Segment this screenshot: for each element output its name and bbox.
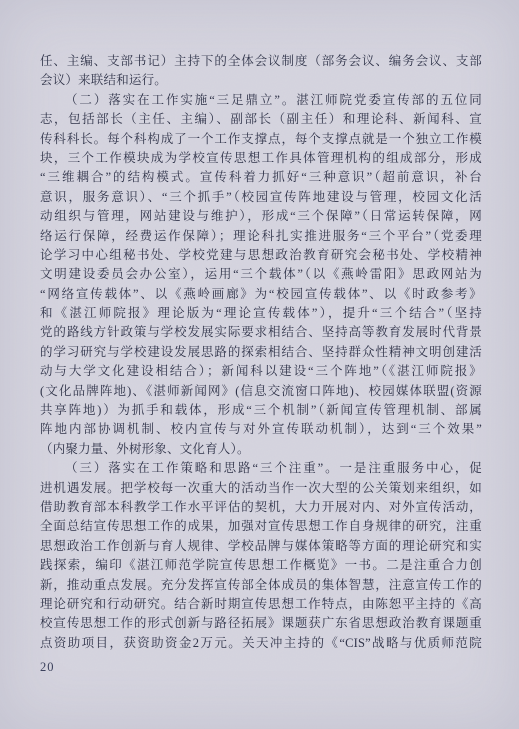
text-line: 志，包括部长（主任、主编）、副部长（副主任）和理论科、新闻科、宣 (40, 110, 482, 129)
text-line: 思想政治工作创新与育人规律、学校品牌与媒体策略等方面的理论研究和实 (40, 537, 482, 556)
text-line: 阵地内部协调机制、校内宣传与对外宣传联动机制），达到“三个效果” (40, 420, 482, 439)
text-line: 点资助项目，获资助资金2万元。关天冲主持的《“CIS”战略与优质师范院 (40, 634, 482, 653)
text-line: 动与大学文化建设相结合）；新闻科以建设“三个阵地”（《湛江师院报》 (40, 362, 482, 381)
text-line: （三）落实在工作策略和思路“三个注重”。一是注重服务中心，促 (40, 459, 482, 478)
text-line: 传科科长。每个科构成了一个工作支撑点，每个支撑点就是一个独立工作模 (40, 130, 482, 149)
text-line: 共享阵地)）为抓手和载体，形成“三个机制”（新闻宣传管理机制、部属 (40, 401, 482, 420)
text-line: 全面总结宣传思想工作的成果，加强对宣传思想工作自身规律的研究，注重 (40, 517, 482, 536)
text-line: 校宣传思想工作的形式创新与路径拓展》课题获广东省思想政治教育课题重 (40, 614, 482, 633)
text-line: 党的路线方针政策与学校发展实际要求相结合、坚持高等教育发展时代背景 (40, 323, 482, 342)
page-number: 20 (40, 660, 55, 675)
text-line: 的学习研究与学校建设发展思路的探索相结合、坚持群众性精神文明创建活 (40, 343, 482, 362)
text-line: （二）落实在工作实施“三足鼎立”。湛江师院党委宣传部的五位同 (40, 91, 482, 110)
text-line: (文化品牌阵地)、《湛师新闻网》(信息交流窗口阵地)、校园媒体联盟(资源 (40, 382, 482, 401)
body-text: 任、主编、支部书记）主持下的全体会议制度（部务会议、编务会议、支部 会议）来联结… (40, 52, 482, 653)
text-line: 进机遇发展。把学校每一次重大的活动当作一次大型的公关策划来组织，如 (40, 479, 482, 498)
document-page: 任、主编、支部书记）主持下的全体会议制度（部务会议、编务会议、支部 会议）来联结… (0, 0, 519, 729)
text-line: 任、主编、支部书记）主持下的全体会议制度（部务会议、编务会议、支部 (40, 52, 482, 71)
text-line: （内聚力量、外树形象、文化育人）。 (40, 440, 482, 459)
text-line: “网络宣传载体”、以《燕岭画廊》为“校园宣传载体”、以《时政参考》 (40, 285, 482, 304)
text-line: 理论研究和行动研究。结合新时期宣传思想工作特点，由陈恕平主持的《高 (40, 595, 482, 614)
text-line: 借助教育部本科教学工作水平评估的契机，大力开展对内、对外宣传活动， (40, 498, 482, 517)
text-line: 新，推动重点发展。充分发挥宣传部全体成员的集体智慧，注意宣传工作的 (40, 576, 482, 595)
text-line: 文明建设委员会办公室），运用“三个载体”（以《燕岭雷阳》思政网站为 (40, 265, 482, 284)
text-line: 络运行保障，经费运作保障）；理论科扎实推进服务“三个平台”（党委理 (40, 227, 482, 246)
text-line: “三维耦合”的结构模式。宣传科着力抓好“三种意识”（超前意识，补台 (40, 168, 482, 187)
text-line: 和《湛江师院报》理论版为“理论宣传载体”），提升“三个结合”（坚持 (40, 304, 482, 323)
text-line: 意识，服务意识）、“三个抓手”（校园宣传阵地建设与管理，校园文化活 (40, 188, 482, 207)
text-line: 动组织与管理，网站建设与维护），形成“三个保障”（日常运转保障，网 (40, 207, 482, 226)
text-line: 论学习中心组秘书处、学校党建与思想政治教育研究会秘书处、学校精神 (40, 246, 482, 265)
text-line: 践探索，编印《湛江师范学院宣传思想工作概览》一书。二是注重合力创 (40, 556, 482, 575)
text-line: 块，三个工作模块成为学校宣传思想工作具体管理机构的组成部分，形成 (40, 149, 482, 168)
text-line: 会议）来联结和运行。 (40, 71, 482, 90)
